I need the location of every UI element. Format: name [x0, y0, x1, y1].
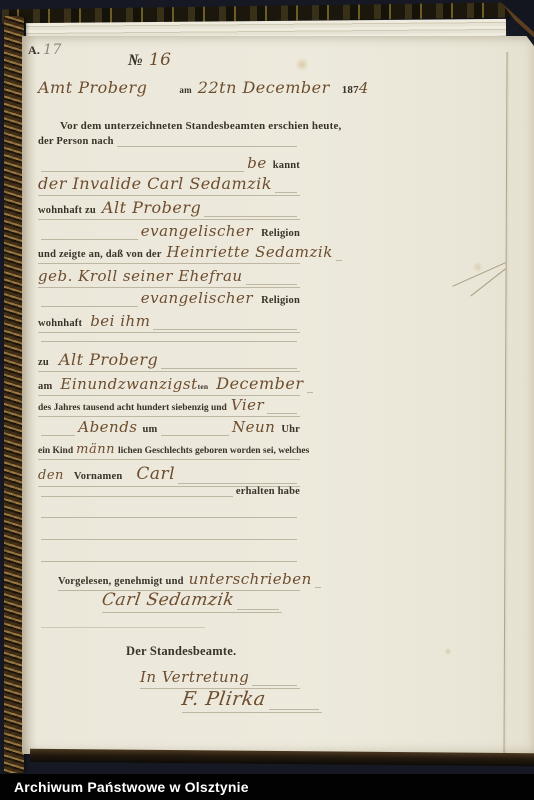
religion2-handwritten: evangelischer	[141, 289, 253, 307]
declarant-signature: Carl Sedamzik	[101, 590, 236, 610]
ruled-line	[336, 257, 342, 261]
ruled-line	[204, 213, 297, 217]
form-type-letter: A.	[28, 43, 40, 58]
registrar-title-row: Der Standesbeamte.	[126, 644, 296, 661]
mother-birthname-row: geb. Kroll seiner Ehefrau	[38, 267, 300, 288]
office-name-handwritten: Amt Proberg	[38, 78, 147, 97]
religion2-row: evangelischer Religion	[38, 289, 300, 309]
closing-row: Vorgelesen, genehmigt und unterschrieben	[58, 570, 300, 591]
representation-handwritten: In Vertretung	[140, 668, 249, 686]
known-handwritten: be	[247, 154, 266, 172]
declarant-signature-row: Carl Sedamzik	[102, 590, 282, 613]
ruled-line	[307, 389, 313, 393]
record-no-label: №	[128, 52, 143, 70]
date-handwritten: 22tn December	[198, 78, 330, 97]
blank-row	[38, 624, 208, 630]
ruled-line	[246, 281, 297, 285]
declarant-handwritten: der Invalide Carl Sedamzik	[38, 174, 272, 193]
ruled-line	[41, 493, 233, 497]
birthtime-daytime-handwritten: Abends	[78, 418, 137, 436]
ruled-line	[267, 410, 297, 414]
birthdate-am-printed: am	[38, 381, 52, 392]
ruled-line	[178, 480, 297, 484]
known-printed: kannt	[273, 160, 300, 171]
ruled-line	[237, 606, 279, 610]
intro-row: Vor dem unterzeichneten Standesbeamten e…	[60, 120, 340, 134]
registrar-title-printed: Der Standesbeamte.	[126, 644, 236, 659]
registrar-signature: F. Plirka	[180, 688, 267, 710]
record-number-row: № 16	[128, 50, 248, 72]
blank-row	[38, 514, 300, 520]
residence2-handwritten: bei ihm	[90, 312, 150, 330]
ruled-line	[41, 514, 297, 518]
ruled-line	[41, 536, 297, 540]
mother-birthname-handwritten: geb. Kroll seiner Ehefrau	[38, 267, 243, 285]
mother-row: und zeigte an, daß von der Heinriette Se…	[38, 243, 300, 264]
birthyear-printed: des Jahres tausend acht hundert siebenzi…	[38, 403, 227, 413]
birthtime-hour-handwritten: Neun	[232, 418, 275, 436]
ruled-line	[41, 558, 297, 562]
religion1-handwritten: evangelischer	[141, 222, 253, 240]
residence1-handwritten: Alt Proberg	[102, 198, 201, 217]
closing-handwritten: unterschrieben	[189, 570, 312, 588]
identity-row: der Person nach	[38, 136, 300, 149]
intro-printed: Vor dem unterzeichneten Standesbeamten e…	[60, 120, 342, 132]
ruled-line	[161, 432, 229, 436]
registrar-signature-row: F. Plirka	[182, 688, 322, 713]
blank-row	[38, 558, 300, 564]
name-den-handwritten: den	[38, 468, 64, 483]
ruled-line	[315, 584, 321, 588]
birthyear-row: des Jahres tausend acht hundert siebenzi…	[38, 396, 300, 417]
child-printed-a: ein Kind	[38, 446, 73, 456]
blank-row	[38, 536, 300, 542]
ruled-line	[275, 189, 297, 193]
child-gender-handwritten: männ	[76, 442, 115, 457]
residence2-row: wohnhaft bei ihm	[38, 312, 300, 333]
birthtime-um-printed: um	[143, 424, 158, 435]
paper-scratch	[470, 269, 505, 297]
ruled-line	[117, 143, 297, 147]
received-row: erhalten habe	[38, 486, 300, 499]
religion1-printed: Religion	[261, 228, 300, 239]
religion2-printed: Religion	[261, 295, 300, 306]
residence1-row: wohnhaft zu Alt Proberg	[38, 198, 300, 220]
ruled-line	[269, 706, 319, 710]
birthdate-row: am Einundzwanzigst ten December	[38, 374, 300, 396]
birthyear-handwritten: Vier	[231, 396, 264, 414]
ruled-line	[153, 326, 297, 330]
birthtime-uhr-printed: Uhr	[281, 424, 300, 435]
representation-row: In Vertretung	[140, 668, 300, 689]
office-date-row: Amt Proberg am 22tn December 187 4	[38, 78, 338, 99]
form-corner: A. 17	[28, 42, 118, 60]
mother-intro-printed: und zeigte an, daß von der	[38, 249, 162, 260]
mother-name-handwritten: Heinriette Sedamzik	[167, 243, 333, 261]
ruled-line	[41, 338, 297, 342]
closing-printed: Vorgelesen, genehmigt und	[58, 576, 184, 587]
birthdate-ten-printed: ten	[198, 382, 209, 391]
photo-stage: A. 17 № 16 Amt Proberg am 22tn December …	[0, 0, 534, 800]
declarant-row: der Invalide Carl Sedamzik	[38, 174, 300, 196]
archive-footer-bar: Archiwum Państwowe w Olsztynie	[0, 774, 534, 800]
ruled-line	[161, 365, 297, 369]
birthdate-day-handwritten: Einundzwanzigst	[60, 375, 197, 393]
birthplace-row: zu Alt Proberg	[38, 350, 300, 372]
ruled-line	[41, 236, 138, 240]
am-printed: am	[179, 85, 191, 95]
birthtime-row: Abends um Neun Uhr	[38, 418, 300, 438]
name-row: den Vornamen Carl	[38, 464, 300, 487]
identity-printed: der Person nach	[38, 136, 114, 147]
ruled-line	[41, 303, 138, 307]
paper-stain	[472, 262, 484, 272]
year-printed: 187	[342, 84, 359, 96]
page-crease	[503, 52, 507, 758]
paper-stain	[294, 58, 310, 71]
paper-stain	[444, 648, 452, 655]
year-handwritten: 4	[359, 79, 369, 97]
record-no-value: 16	[149, 50, 172, 70]
register-page: A. 17 № 16 Amt Proberg am 22tn December …	[22, 36, 534, 754]
child-row: ein Kind männ lichen Geschlechts geboren…	[38, 442, 300, 460]
religion1-row: evangelischer Religion	[38, 222, 300, 242]
archival-number-pencil: 17	[43, 42, 62, 58]
ruled-line	[252, 682, 297, 686]
residence1-printed: wohnhaft zu	[38, 205, 96, 216]
received-printed: erhalten habe	[236, 486, 300, 497]
residence2-printed: wohnhaft	[38, 318, 82, 329]
blank-row	[38, 338, 300, 344]
archive-name: Archiwum Państwowe w Olsztynie	[0, 774, 534, 800]
ruled-line	[41, 432, 75, 436]
ruled-line	[41, 624, 205, 628]
birthplace-handwritten: Alt Proberg	[59, 350, 158, 369]
book-spine-marbled	[4, 16, 24, 773]
ruled-line	[41, 168, 244, 172]
known-row: be kannt	[38, 154, 300, 174]
name-label-printed: Vornamen	[74, 471, 122, 482]
birthplace-printed: zu	[38, 357, 49, 368]
name-value-handwritten: Carl	[136, 464, 175, 484]
birthdate-month-handwritten: December	[216, 374, 303, 393]
child-printed-b: lichen Geschlechts geboren worden sei, w…	[118, 446, 309, 456]
